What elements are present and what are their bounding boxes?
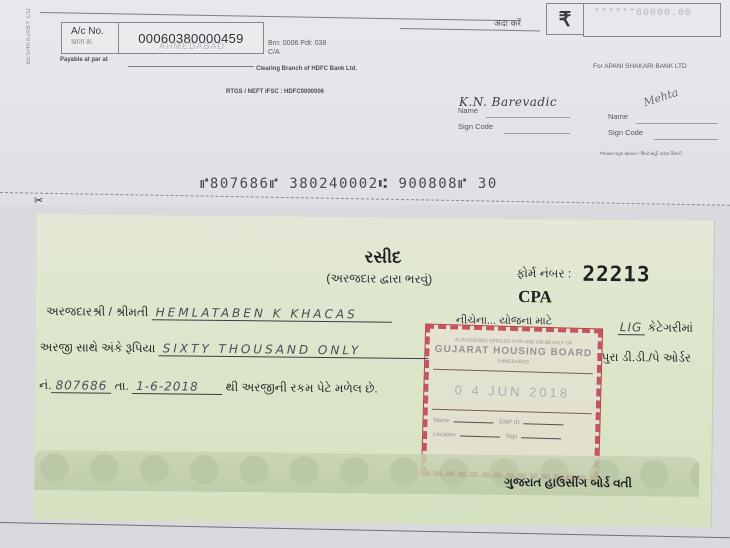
form-number-label: ફોર્મ નંબર : [516, 266, 571, 282]
side-print-text: BESHKAJABY CO [26, 8, 32, 64]
account-type: C/A [268, 48, 326, 57]
signatory-2-sign-code-label: Sign Code [608, 128, 643, 137]
dd-number-label: નં. [39, 378, 51, 392]
receipt-section: રસીદ (અરજદાર દ્વારા ભરવું) ફોર્મ નંબર : … [34, 214, 715, 527]
branch-info: Brn: 0006 Pdt: 038 C/A [268, 39, 326, 57]
amount-row: અરજી સાથે અંકે રૂપિયા SIXTY THOUSAND ONL… [40, 340, 429, 359]
account-label-hi: खाता क्र. [71, 38, 118, 47]
payable-at-label: Payable at par at [60, 57, 108, 63]
account-label: A/c No. खाता क्र. [62, 23, 119, 53]
cheque-section: BESHKAJABY CO A/c No. खाता क्र. 00060380… [0, 0, 730, 205]
rtgs-ifsc: RTGS / NEFT IFSC : HDFC0000006 [226, 89, 324, 95]
stamp-header: AUTHORISED OFFICER FOR AND ON BEHALF OF … [429, 329, 598, 370]
scissor-icon: ✂ [34, 194, 43, 207]
signatory-1-block: Name Sign Code [458, 106, 570, 138]
stamp-divider [433, 369, 593, 374]
account-label-en: A/c No. [71, 26, 118, 37]
received-text: થી અરજીની રકમ પેટે મળેલ છે. [225, 380, 377, 396]
stamp-emp-label: EMP ID [499, 420, 520, 427]
amount-words: SIXTY THOUSAND ONLY [159, 341, 429, 359]
category-value: LIG [618, 320, 645, 335]
dd-number: 807686 [51, 378, 111, 394]
stamp-name-label: Name [433, 418, 449, 424]
applicant-label: અરજદારશ્રી / શ્રીમતી [46, 304, 149, 319]
form-number: 22213 [582, 262, 650, 287]
category-row: LIG કેટેગરીમાં [618, 320, 693, 336]
stamp-date: 0 4 JUN 2018 [428, 382, 596, 402]
dd-order-label: પુરા ડી.ડી./પે ઓર્ડર [601, 350, 691, 366]
dd-row: નં.807686 તા. 1-6-2018 થી અરજીની રકમ પેટ… [39, 378, 378, 397]
signatory-1-sign-code-label: Sign Code [458, 122, 493, 131]
account-number: 00060380000459 AHMEDABAD [119, 23, 263, 53]
top-rule [40, 12, 520, 21]
category-suffix: કેટેગરીમાં [648, 320, 693, 334]
for-bank-label: For APANI SHAKARI BANK LTD [593, 63, 687, 70]
account-faint-stamp: AHMEDABAD [159, 41, 225, 51]
amount-label: અરજી સાથે અંકે રૂપિયા [40, 340, 156, 355]
micr-line: ⑈807686⑈ 380240002⑆ 900808⑈ 30 [200, 176, 498, 192]
stamp-sign-label: Sign [505, 434, 517, 440]
amount-box: ******60000.00 [583, 3, 721, 37]
sign-note: Please sign above / ઉપર સહી કરવા વિનંતી [600, 151, 682, 156]
pay-label: अदा करें [494, 16, 521, 29]
stamp-divider-2 [432, 409, 592, 414]
receipt-title: રસીદ [364, 247, 401, 267]
scheme-text: નીચેના... યોજના માટે [456, 314, 552, 328]
payable-at-line [128, 66, 254, 67]
account-number-box: A/c No. खाता क्र. 00060380000459 AHMEDAB… [61, 22, 264, 54]
clearing-branch: Clearing Branch of HDFC Bank Ltd. [256, 66, 357, 72]
dd-date-label: તા. [115, 379, 129, 393]
stamp-location-label: Location [433, 432, 456, 439]
signatory-2-name-label: Name [608, 112, 628, 121]
signatory-2-handwriting: Mehta [642, 86, 680, 109]
signatory-2-block: Name Sign Code [608, 112, 718, 144]
dd-date: 1-6-2018 [132, 379, 222, 395]
receipt-footer: ગુજરાત હાઉસીંગ બોર્ડ વતી [504, 475, 632, 491]
scheme-code: CPA [518, 287, 552, 307]
applicant-row: અરજદારશ્રી / શ્રીમતી HEMLATABEN K KHACAS [46, 304, 392, 323]
applicant-name: HEMLATABEN K KHACAS [152, 305, 392, 323]
signatory-1-name-label: Name [458, 106, 478, 115]
receipt-subtitle: (અરજદાર દ્વારા ભરવું) [326, 271, 432, 287]
branch-code: Brn: 0006 Pdt: 038 [268, 39, 326, 48]
rupee-icon: ₹ [546, 3, 584, 35]
